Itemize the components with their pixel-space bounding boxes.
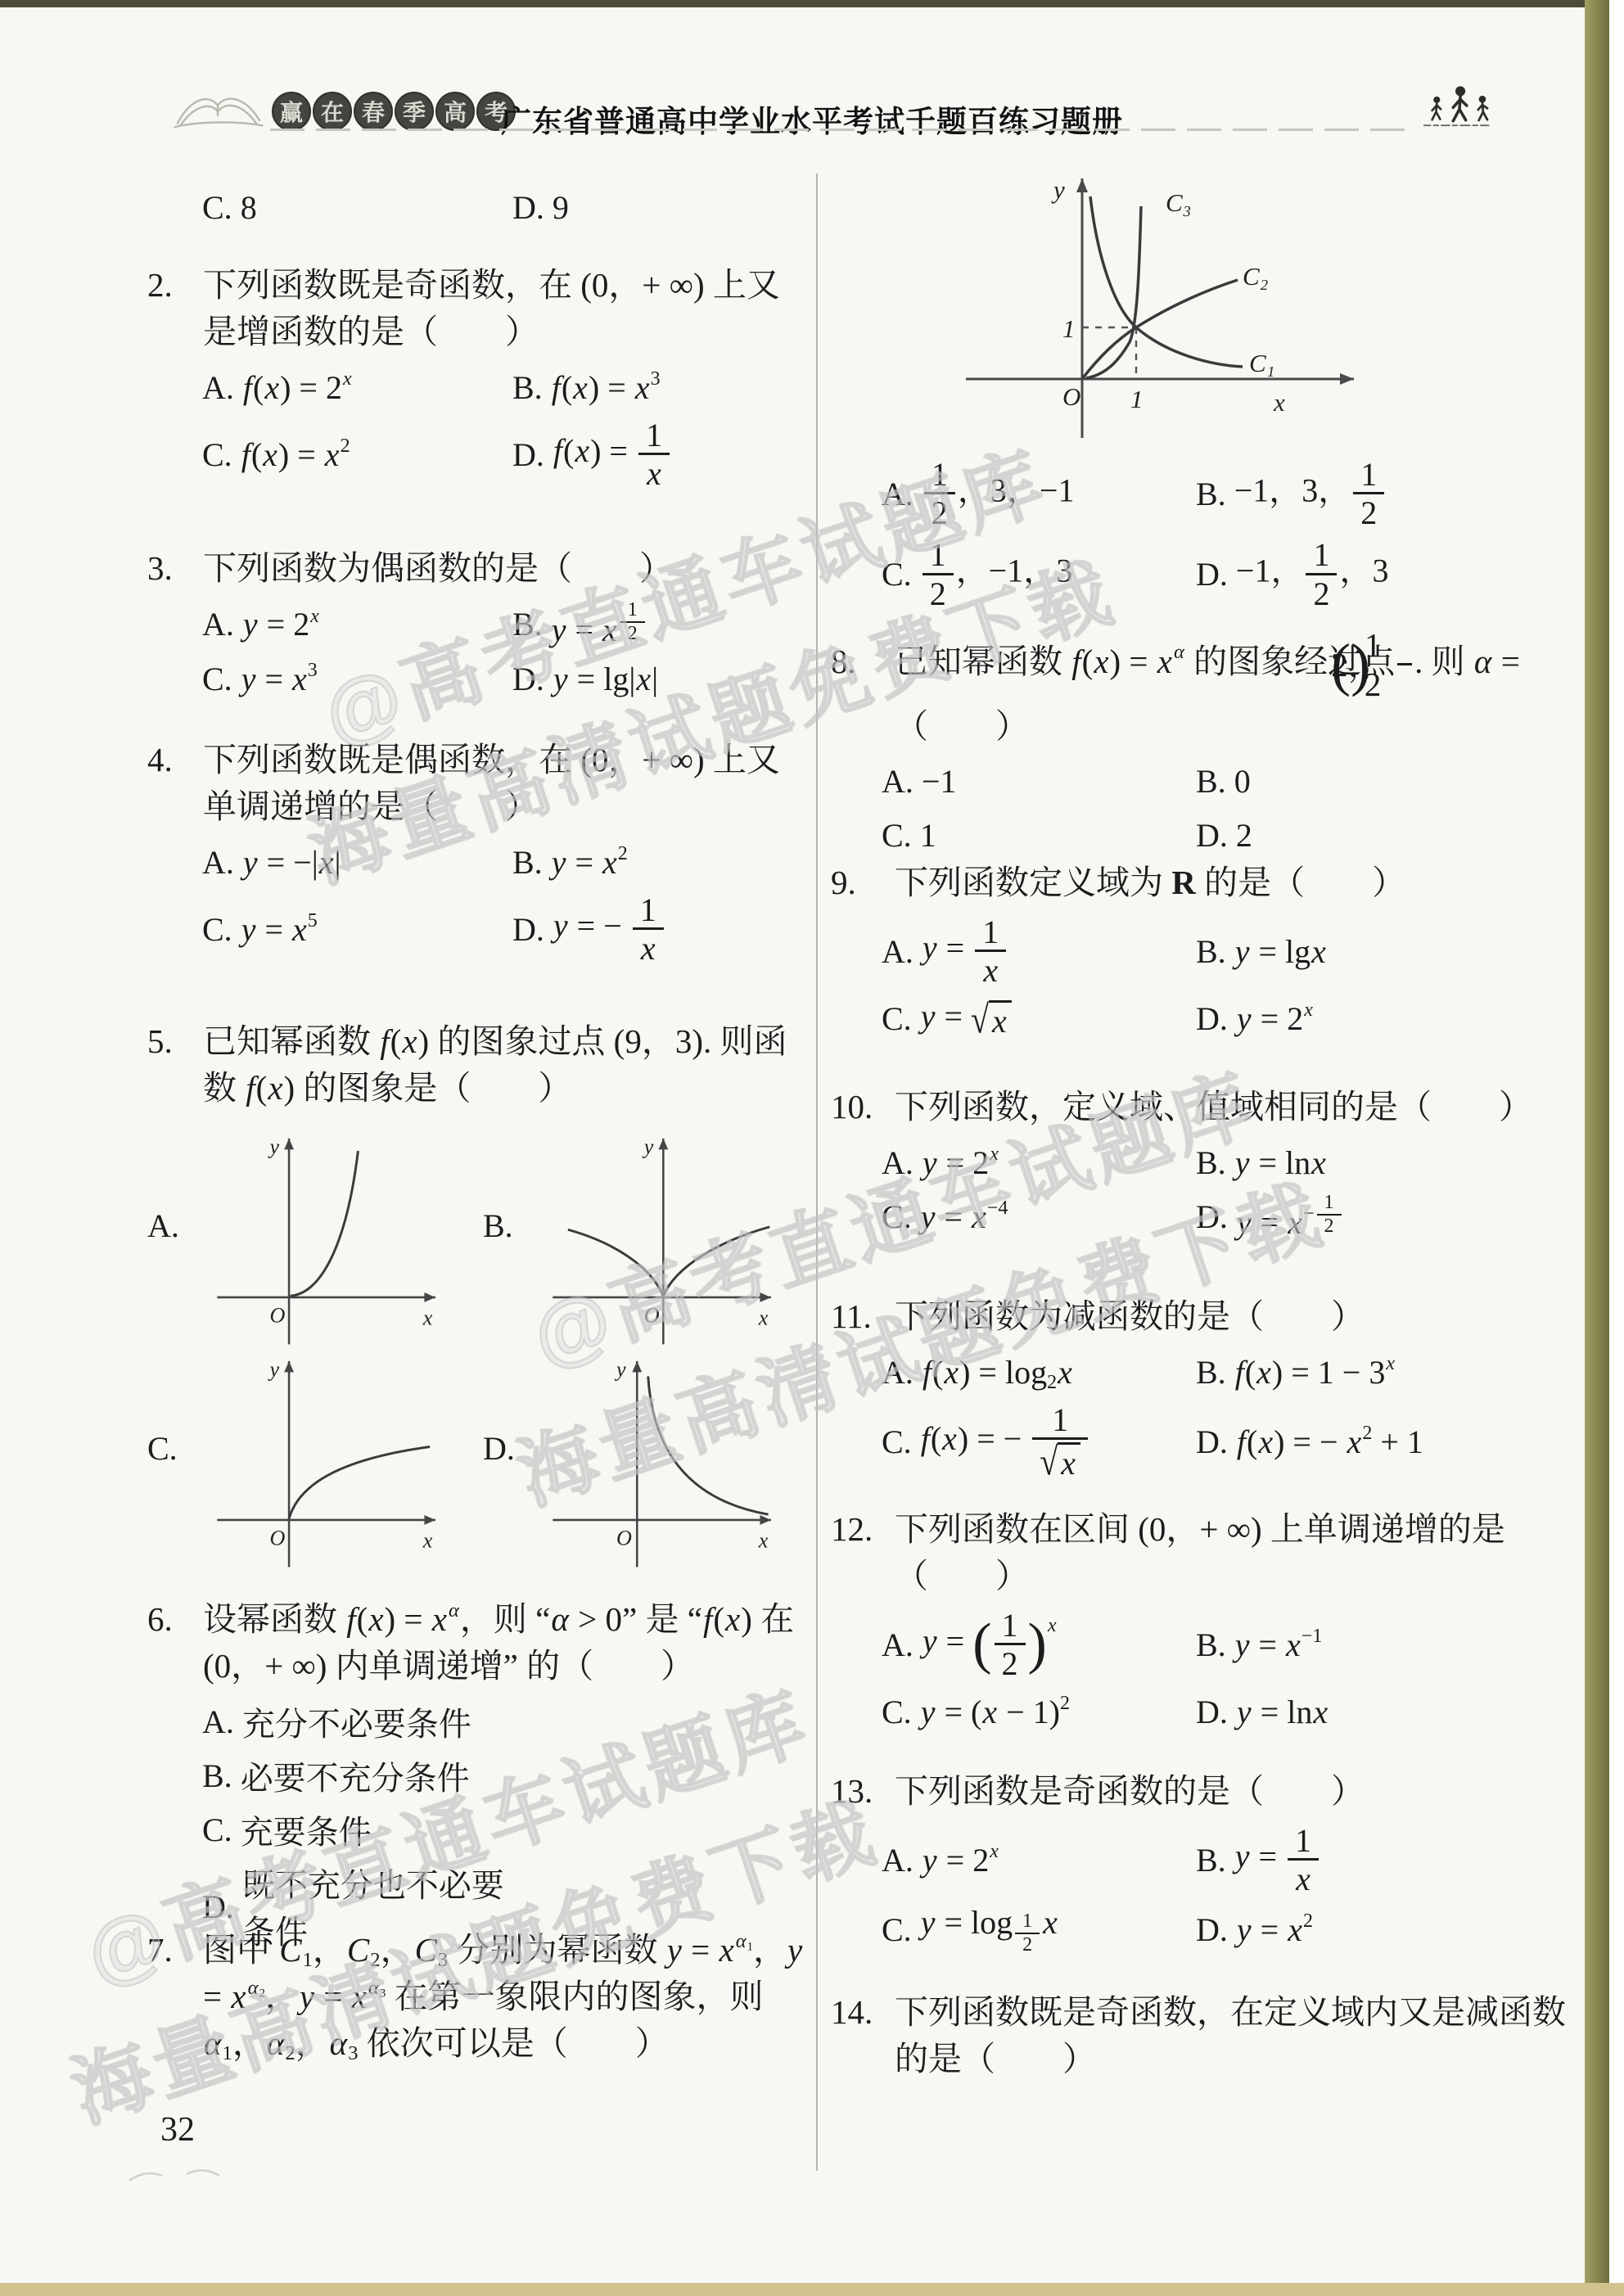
option-D: D.−1，12，3 xyxy=(1196,537,1388,611)
option-value: y = log12x xyxy=(920,1903,1058,1956)
header-rule xyxy=(270,129,1408,131)
graph-option-D: D. y x O xyxy=(483,1347,810,1570)
option-label: C. xyxy=(882,1910,912,1949)
option-label: B. xyxy=(1196,1143,1226,1182)
option-label: A. xyxy=(882,932,913,971)
option-label: D. xyxy=(202,1888,234,1926)
option-value: y = lg|x| xyxy=(553,660,658,698)
question-9: 9.下列函数定义域为 R 的是（ ） A.y = 1xB.y = lgxC.y … xyxy=(831,859,1590,1042)
option-value: y = (x − 1)2 xyxy=(920,1693,1070,1731)
option-label: C. xyxy=(202,910,232,949)
option-row: A.y = 12xB.y = x−1 xyxy=(882,1608,1590,1681)
question-12: 12.下列函数在区间 (0，+ ∞) 上单调递增的是（ ） A.y = 12xB… xyxy=(831,1506,1590,1735)
options: A.y = 2xB.y = x12C.y = x3D.y = lg|x| xyxy=(202,600,812,703)
stamp-char: 春 xyxy=(354,92,393,131)
option-row: C.y = x5D.y = − 1x xyxy=(202,892,812,966)
option-label: D. xyxy=(1196,1910,1228,1949)
option-B: B.y = x12 xyxy=(512,600,647,649)
question-number: 11. xyxy=(831,1293,895,1340)
option-row: B.必要不充分条件 xyxy=(202,1752,812,1799)
option-C: C.y = x3 xyxy=(202,660,512,698)
y-axis-label: y xyxy=(267,1134,279,1158)
option-row: A.y = 2xB.y = x12 xyxy=(202,600,812,649)
option-value: −1，12，3 xyxy=(1236,537,1389,611)
option-A: A.f(x) = 2x xyxy=(202,368,512,407)
option-label: B. xyxy=(512,605,543,643)
option-label: A. xyxy=(882,1626,913,1664)
option-A: A.−1 xyxy=(882,762,1196,801)
option-B: B.y = lgx xyxy=(1196,932,1327,971)
option-label: D. xyxy=(1196,1198,1228,1236)
option-label: A. xyxy=(202,1703,234,1741)
book-title: 广东省普通高中学业水平考试千题百练习题册 xyxy=(501,97,1123,141)
option-label: A. xyxy=(882,1353,913,1392)
option-row: C.y = (x − 1)2D.y = lnx xyxy=(882,1688,1590,1735)
option-row: A.f(x) = log2xB.f(x) = 1 − 3x xyxy=(882,1348,1590,1396)
option-row: C.f(x) = x2D.f(x) = 1x xyxy=(202,417,812,491)
option-value: −1，3，12 xyxy=(1234,457,1387,530)
option-label: C. xyxy=(882,1423,912,1461)
question-stem: 4.下列函数既是偶函数，在 (0，+ ∞) 上又单调递增的是（ ） xyxy=(147,737,812,830)
question-1-remaining-options: C.8D.9 xyxy=(147,175,812,231)
option-row: C.8D.9 xyxy=(202,183,812,231)
option-value: f(x) = x2 xyxy=(241,435,350,474)
question-13: 13.下列函数是奇函数的是（ ） A.y = 2xB.y = 1xC.y = l… xyxy=(831,1768,1590,1956)
option-value: f(x) = − x2 + 1 xyxy=(1236,1423,1423,1461)
graph-B-sqrt-abs-curve: y x O xyxy=(542,1125,787,1346)
option-label: C. xyxy=(882,1693,912,1731)
question-7-stem: 7.图中 C1，C2，C3 分别为幂函数 y = xα1，y = xα2，y =… xyxy=(147,1927,812,2067)
option-row: A.充分不必要条件 xyxy=(202,1698,812,1745)
option-value: 8 xyxy=(241,188,257,227)
y-tick-1: 1 xyxy=(1062,314,1076,343)
graph-option-C: C. y x O xyxy=(147,1347,483,1570)
option-A: A.y = 2x xyxy=(202,605,512,643)
option-value: f(x) = 2x xyxy=(242,368,353,407)
option-value: y = x−12 xyxy=(1236,1193,1344,1242)
x-axis-label: x xyxy=(758,1529,769,1553)
option-C: C.y = √x xyxy=(882,997,1196,1040)
question-stem: 14.下列函数既是奇函数，在定义域内又是减函数的是（ ） xyxy=(831,1989,1590,2082)
option-row: A.y = 2xB.y = lnx xyxy=(882,1139,1590,1186)
question-stem: 7.图中 C1，C2，C3 分别为幂函数 y = xα1，y = xα2，y =… xyxy=(147,1927,812,2067)
option-D: D.f(x) = − x2 + 1 xyxy=(1196,1423,1423,1461)
option-label: B. xyxy=(1196,762,1226,801)
option-label: B. xyxy=(1196,1841,1226,1879)
option-value: −1 xyxy=(922,762,957,801)
option-D: D.y = x2 xyxy=(1196,1910,1313,1949)
option-value: y = 2x xyxy=(1236,999,1314,1038)
origin-label: O xyxy=(1062,382,1080,411)
option-value: y = 2x xyxy=(242,605,320,643)
option-row: A.−1B.0 xyxy=(882,758,1590,805)
options: A.y = 12xB.y = x−1C.y = (x − 1)2D.y = ln… xyxy=(882,1608,1590,1735)
y-axis-label: y xyxy=(267,1357,279,1381)
answer-graphs: A. y x O B. y x xyxy=(147,1125,812,1570)
option-B: B.0 xyxy=(1196,762,1251,801)
y-axis-label: y xyxy=(614,1357,626,1381)
option-value: y = x3 xyxy=(241,660,318,698)
option-value: y = 1x xyxy=(922,914,1008,988)
question-6: 6.设幂函数 f(x) = xα，则 “α > 0” 是 “f(x) 在 (0，… xyxy=(147,1596,812,1953)
question-number: 2. xyxy=(147,262,203,309)
option-row: A.y = 2xB.y = 1x xyxy=(882,1823,1590,1897)
question-2: 2.下列函数既是奇函数，在 (0，+ ∞) 上又是增函数的是（ ） A.f(x)… xyxy=(147,262,812,491)
x-axis-label: x xyxy=(758,1306,769,1330)
question-8: 8.已知幂函数 f(x) = xα 的图象经过点2，12. 则 α =（ ） A… xyxy=(831,627,1590,859)
question-stem: 10.下列函数，定义域、值域相同的是（ ） xyxy=(831,1084,1590,1130)
option-C: C.充要条件 xyxy=(202,1807,512,1853)
options: A.y = −|x|B.y = x2C.y = x5D.y = − 1x xyxy=(202,838,812,966)
question-10: 10.下列函数，定义域、值域相同的是（ ） A.y = 2xB.y = lnxC… xyxy=(831,1084,1590,1242)
question-number: 3. xyxy=(147,545,203,592)
option-value: y = x5 xyxy=(241,910,318,949)
option-value: y = lnx xyxy=(1236,1693,1329,1731)
option-value: y = 2x xyxy=(922,1143,999,1182)
page-number: 32 xyxy=(160,2110,195,2149)
options: A.f(x) = log2xB.f(x) = 1 − 3xC.f(x) = − … xyxy=(882,1348,1590,1482)
option-row: C.12，−1，3D.−1，12，3 xyxy=(882,537,1590,611)
option-C: C.y = x−4 xyxy=(882,1198,1196,1236)
option-B: B.−1，3，12 xyxy=(1196,457,1387,530)
stamp-char: 在 xyxy=(313,92,352,131)
option-value: y = 1x xyxy=(1234,1823,1321,1897)
option-D: D.2 xyxy=(1196,816,1252,855)
option-B: B.y = x2 xyxy=(512,843,628,882)
question-7-figure: y x O 1 1 C₁ C₂ C₃ xyxy=(851,156,1392,446)
options: A.充分不必要条件B.必要不充分条件C.充要条件D.既不充分也不必要条件 xyxy=(202,1698,812,1953)
question-stem: 12.下列函数在区间 (0，+ ∞) 上单调递增的是（ ） xyxy=(831,1506,1590,1599)
option-label: B. xyxy=(1196,1626,1226,1664)
option-D: D.f(x) = 1x xyxy=(512,417,672,491)
option-C: C.y = x5 xyxy=(202,910,512,949)
x-axis-label: x xyxy=(422,1529,433,1553)
question-number: 13. xyxy=(831,1768,895,1815)
open-book-icon xyxy=(168,80,269,139)
option-label: C. xyxy=(202,1811,232,1849)
option-label: C. xyxy=(882,555,912,593)
question-stem: 9.下列函数定义域为 R 的是（ ） xyxy=(831,859,1590,906)
option-value: y = x−4 xyxy=(920,1198,1008,1236)
option-label: C. xyxy=(882,816,912,855)
option-C: C.f(x) = x2 xyxy=(202,435,512,474)
page-number-decoration xyxy=(123,2163,229,2187)
graph-label: A. xyxy=(147,1207,179,1245)
option-label: D. xyxy=(1196,1423,1228,1461)
question-14: 14.下列函数既是奇函数，在定义域内又是减函数的是（ ） xyxy=(831,1989,1590,2082)
option-row: A.12，3，−1B.−1，3，12 xyxy=(882,457,1590,530)
options: A.y = 2xB.y = lnxC.y = x−4D.y = x−12 xyxy=(882,1139,1590,1242)
origin-label: O xyxy=(269,1303,285,1327)
graph-option-A: A. y x O xyxy=(147,1125,483,1347)
option-A: A.y = 12x xyxy=(882,1608,1196,1681)
option-row: C.1D.2 xyxy=(882,812,1590,859)
option-label: A. xyxy=(882,475,913,513)
y-axis-label: y xyxy=(642,1134,654,1158)
origin-label: O xyxy=(269,1526,285,1549)
question-stem: 13.下列函数是奇函数的是（ ） xyxy=(831,1768,1590,1815)
question-number: 7. xyxy=(147,1927,203,1973)
option-row: A.f(x) = 2xB.f(x) = x3 xyxy=(202,363,812,411)
question-stem: 11.下列函数为减函数的是（ ） xyxy=(831,1293,1590,1340)
option-label: C. xyxy=(882,1198,912,1236)
x-axis-label: x xyxy=(1273,388,1285,417)
options: A.y = 2xB.y = 1xC.y = log12xD.y = x2 xyxy=(882,1823,1590,1956)
option-label: C. xyxy=(882,999,912,1038)
question-stem: 5.已知幂函数 f(x) 的图象过点 (9，3). 则函数 f(x) 的图象是（… xyxy=(147,1018,812,1112)
question-number: 10. xyxy=(831,1084,895,1130)
option-value: 1 xyxy=(920,816,936,855)
option-label: B. xyxy=(512,368,543,407)
options: A.−1B.0C.1D.2 xyxy=(882,758,1590,859)
option-A: A.y = −|x| xyxy=(202,843,512,882)
graph-label: B. xyxy=(483,1207,513,1245)
graph-label: D. xyxy=(483,1429,515,1468)
option-label: B. xyxy=(1196,1353,1226,1392)
option-value: y = x2 xyxy=(1236,1910,1313,1949)
y-axis-label: y xyxy=(1051,175,1065,204)
stamp-char: 赢 xyxy=(272,92,311,131)
option-row: C.y = √xD.y = 2x xyxy=(882,995,1590,1042)
option-label: B. xyxy=(1196,475,1226,513)
option-label: A. xyxy=(882,1841,913,1879)
option-value: y = − 1x xyxy=(553,892,666,966)
question-number: 14. xyxy=(831,1989,895,2036)
option-A: A.12，3，−1 xyxy=(882,457,1196,530)
option-label: A. xyxy=(202,843,234,882)
option-A: A.y = 2x xyxy=(882,1143,1196,1182)
graph-A-exponential-curve: y x O xyxy=(206,1125,452,1346)
options: C.8D.9 xyxy=(202,183,812,231)
page-top-edge xyxy=(0,0,1624,7)
graph-label: C. xyxy=(147,1429,178,1468)
page-bottom-edge xyxy=(0,2283,1624,2296)
option-label: B. xyxy=(202,1757,232,1795)
option-C: C.12，−1，3 xyxy=(882,537,1196,611)
option-value: y = 12x xyxy=(922,1608,1058,1681)
stamp-char: 高 xyxy=(435,92,475,131)
option-value: y = −|x| xyxy=(242,843,341,882)
option-C: C.y = log12x xyxy=(882,1903,1196,1956)
option-value: 必要不充分条件 xyxy=(241,1752,470,1799)
option-value: y = 2x xyxy=(922,1841,999,1879)
options: A.y = 1xB.y = lgxC.y = √xD.y = 2x xyxy=(882,914,1590,1042)
option-B: B.y = 1x xyxy=(1196,1823,1321,1897)
option-value: y = √x xyxy=(920,997,1012,1040)
option-label: B. xyxy=(512,843,543,882)
option-value: 12，−1，3 xyxy=(920,537,1073,611)
brand-stamps: 赢 在 春 季 高 考 xyxy=(272,92,516,131)
option-A: A.充分不必要条件 xyxy=(202,1698,512,1745)
option-value: y = lgx xyxy=(1234,932,1327,971)
graph-D-hyperbola-curve: y x O xyxy=(542,1347,787,1568)
question-stem: 2.下列函数既是奇函数，在 (0，+ ∞) 上又是增函数的是（ ） xyxy=(147,262,812,355)
option-label: D. xyxy=(512,435,544,474)
curve-label-C1: C₁ xyxy=(1249,349,1274,377)
option-value: 9 xyxy=(553,188,569,227)
question-stem: 6.设幂函数 f(x) = xα，则 “α > 0” 是 “f(x) 在 (0，… xyxy=(147,1596,812,1689)
option-label: A. xyxy=(202,605,234,643)
option-label: A. xyxy=(882,762,913,801)
question-stem: 8.已知幂函数 f(x) = xα 的图象经过点2，12. 则 α =（ ） xyxy=(831,627,1590,750)
option-label: C. xyxy=(202,435,232,474)
option-D: D.y = lnx xyxy=(1196,1693,1329,1731)
option-label: C. xyxy=(202,188,232,227)
option-row: C.充要条件 xyxy=(202,1806,812,1853)
option-B: B.f(x) = x3 xyxy=(512,368,661,407)
question-5: 5.已知幂函数 f(x) 的图象过点 (9，3). 则函数 f(x) 的图象是（… xyxy=(147,1018,812,1570)
option-label: B. xyxy=(1196,932,1226,971)
stamp-char: 季 xyxy=(395,92,434,131)
option-value: y = lnx xyxy=(1234,1143,1327,1182)
question-number: 5. xyxy=(147,1018,203,1065)
origin-label: O xyxy=(616,1526,632,1549)
question-number: 6. xyxy=(147,1596,203,1643)
question-number: 9. xyxy=(831,859,895,906)
option-D: D.y = lg|x| xyxy=(512,660,658,698)
x-tick-1: 1 xyxy=(1130,385,1144,413)
option-row: A.y = 1xB.y = lgx xyxy=(882,914,1590,988)
option-value: f(x) = 1 − 3x xyxy=(1234,1353,1396,1392)
option-row: C.y = log12xD.y = x2 xyxy=(882,1903,1590,1956)
column-divider xyxy=(816,174,818,2171)
option-B: B.y = x−1 xyxy=(1196,1626,1322,1664)
page-right-margin xyxy=(1609,0,1624,2296)
option-B: B.y = lnx xyxy=(1196,1143,1327,1182)
option-value: y = x12 xyxy=(551,600,647,649)
option-label: D. xyxy=(1196,816,1228,855)
option-row: A.y = −|x|B.y = x2 xyxy=(202,838,812,886)
graph-option-B: B. y x O xyxy=(483,1125,810,1347)
option-label: C. xyxy=(202,660,232,698)
option-row: C.y = x−4D.y = x−12 xyxy=(882,1193,1590,1242)
option-label: D. xyxy=(512,910,544,949)
option-value: 12，3，−1 xyxy=(922,457,1075,530)
options: A.12，3，−1B.−1，3，12C.12，−1，3D.−1，12，3 xyxy=(882,457,1590,611)
x-axis-label: x xyxy=(422,1306,433,1330)
option-A: A.y = 1x xyxy=(882,914,1196,988)
option-B: B.必要不充分条件 xyxy=(202,1752,512,1799)
option-D: D.y = − 1x xyxy=(512,892,666,966)
option-value: y = x−1 xyxy=(1234,1626,1323,1664)
option-value: f(x) = log2x xyxy=(922,1353,1073,1392)
question-11: 11.下列函数为减函数的是（ ） A.f(x) = log2xB.f(x) = … xyxy=(831,1293,1590,1482)
option-label: A. xyxy=(882,1143,913,1182)
option-value: 充要条件 xyxy=(241,1807,372,1853)
curve-label-C2: C₂ xyxy=(1243,262,1269,291)
options: A.f(x) = 2xB.f(x) = x3C.f(x) = x2D.f(x) … xyxy=(202,363,812,491)
question-7-options: A.12，3，−1B.−1，3，12C.12，−1，3D.−1，12，3 xyxy=(831,449,1590,611)
option-C: C.8 xyxy=(202,188,512,227)
question-4: 4.下列函数既是偶函数，在 (0，+ ∞) 上又单调递增的是（ ） A.y = … xyxy=(147,737,812,966)
option-label: D. xyxy=(1196,555,1228,593)
graph-C-sqrt-curve: y x O xyxy=(206,1347,452,1568)
option-label: D. xyxy=(512,188,544,227)
option-value: y = x2 xyxy=(551,843,628,882)
option-row: C.y = x3D.y = lg|x| xyxy=(202,656,812,703)
question-number: 4. xyxy=(147,737,203,783)
option-C: C.y = (x − 1)2 xyxy=(882,1693,1196,1731)
question-number: 12. xyxy=(831,1506,895,1553)
option-C: C.1 xyxy=(882,816,1196,855)
option-value: f(x) = 1x xyxy=(553,417,672,491)
option-label: A. xyxy=(202,368,234,407)
option-label: D. xyxy=(512,660,544,698)
option-A: A.f(x) = log2x xyxy=(882,1353,1196,1392)
option-row: C.f(x) = − 1√xD.f(x) = − x2 + 1 xyxy=(882,1402,1590,1482)
option-label: D. xyxy=(1196,999,1228,1038)
question-number: 8. xyxy=(831,638,895,685)
option-C: C.f(x) = − 1√x xyxy=(882,1402,1196,1482)
question-stem: 3.下列函数为偶函数的是（ ） xyxy=(147,545,812,592)
option-value: 2 xyxy=(1236,816,1252,855)
option-A: A.y = 2x xyxy=(882,1841,1196,1879)
option-label: D. xyxy=(1196,1693,1228,1731)
option-value: f(x) = x3 xyxy=(551,368,661,407)
runners-icon xyxy=(1423,80,1501,139)
curve-label-C3: C₃ xyxy=(1166,188,1191,217)
question-3: 3.下列函数为偶函数的是（ ） A.y = 2xB.y = x12C.y = x… xyxy=(147,545,812,703)
option-D: D.9 xyxy=(512,188,569,227)
option-value: f(x) = − 1√x xyxy=(920,1402,1090,1482)
option-value: 0 xyxy=(1234,762,1251,801)
option-B: B.f(x) = 1 − 3x xyxy=(1196,1353,1396,1392)
option-value: 充分不必要条件 xyxy=(242,1698,471,1745)
option-D: D.y = 2x xyxy=(1196,999,1314,1038)
option-D: D.y = x−12 xyxy=(1196,1193,1344,1242)
origin-label: O xyxy=(644,1303,660,1327)
